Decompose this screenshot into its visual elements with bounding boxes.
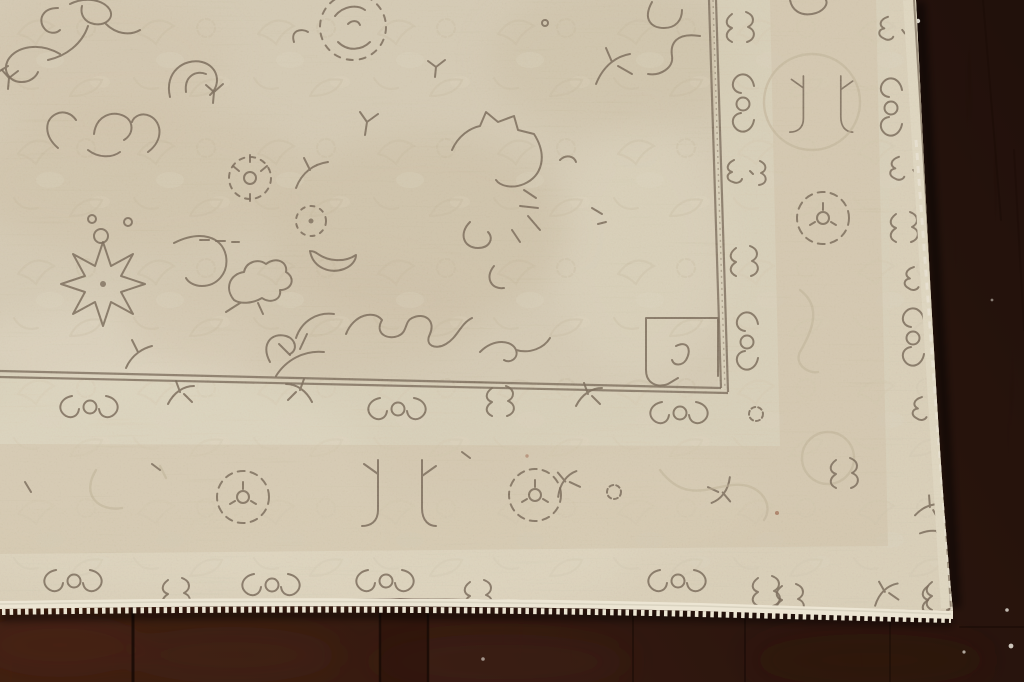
rug-photo-scene — [0, 0, 1024, 682]
area-rug — [0, 0, 1024, 682]
rug-grain-dark — [0, 0, 1024, 682]
rug-photo — [0, 0, 1024, 682]
